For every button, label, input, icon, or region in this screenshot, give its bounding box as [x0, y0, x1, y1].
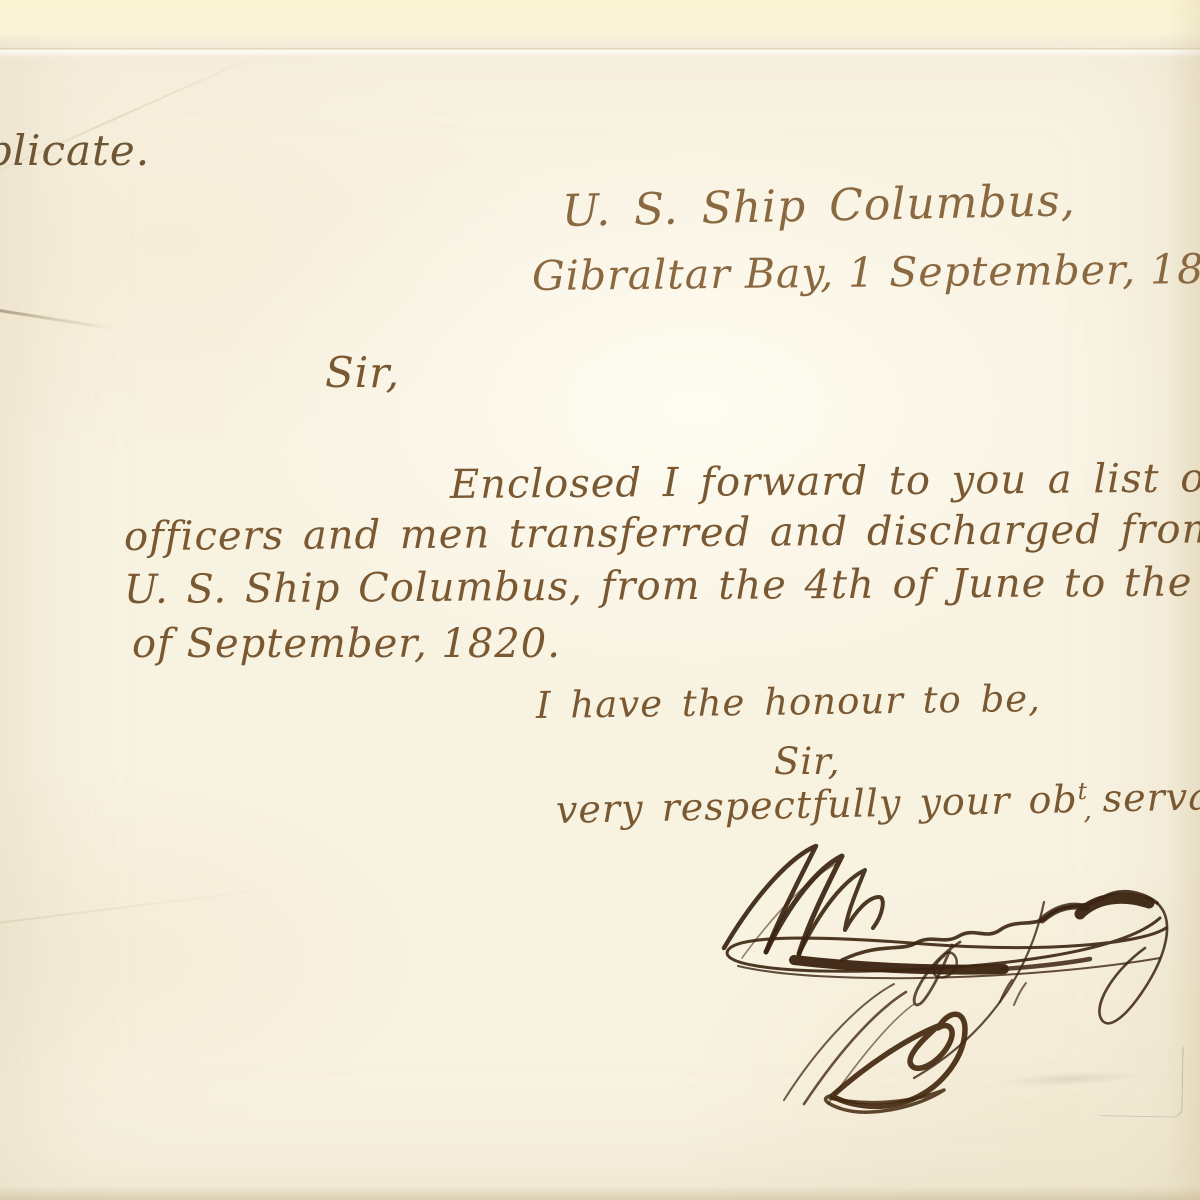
- paper-crease-top: [0, 48, 1200, 58]
- heading-ship-line: U. S. Ship Columbus,: [561, 175, 1076, 237]
- superscript-underdot: ,: [1083, 794, 1093, 825]
- body-line-4: of September, 1820.: [132, 621, 561, 667]
- body-line-3: U. S. Ship Columbus, from the 4th of Jun…: [124, 559, 1200, 613]
- salutation: Sir,: [325, 348, 400, 397]
- heading-date-line: Gibraltar Bay, 1 September, 1820.: [532, 244, 1200, 300]
- closing-line-3-end: servant: [1102, 773, 1200, 820]
- body-line-1: Enclosed I forward to you a list of: [450, 455, 1200, 508]
- paper-fold-left-edge: [0, 309, 115, 331]
- paper-top-edge: [0, 0, 1200, 46]
- paper-edge-bottom: [0, 1186, 1200, 1200]
- letter-page: Duplicate. U. S. Ship Columbus, Gibralta…: [0, 0, 1200, 1200]
- paper-crease-bottom-left: [0, 885, 299, 927]
- closing-line-2: Sir,: [774, 740, 841, 783]
- closing-line-3: very respectfully your obt,servant: [555, 773, 1200, 836]
- closing-line-3-text: very respectfully your ob: [555, 777, 1078, 832]
- duplicate-annotation: Duplicate.: [0, 126, 150, 175]
- body-line-2: officers and men transferred and dischar…: [124, 506, 1200, 560]
- signature-paraph: [772, 978, 1092, 1118]
- closing-line-1: I have the honour to be,: [536, 677, 1041, 727]
